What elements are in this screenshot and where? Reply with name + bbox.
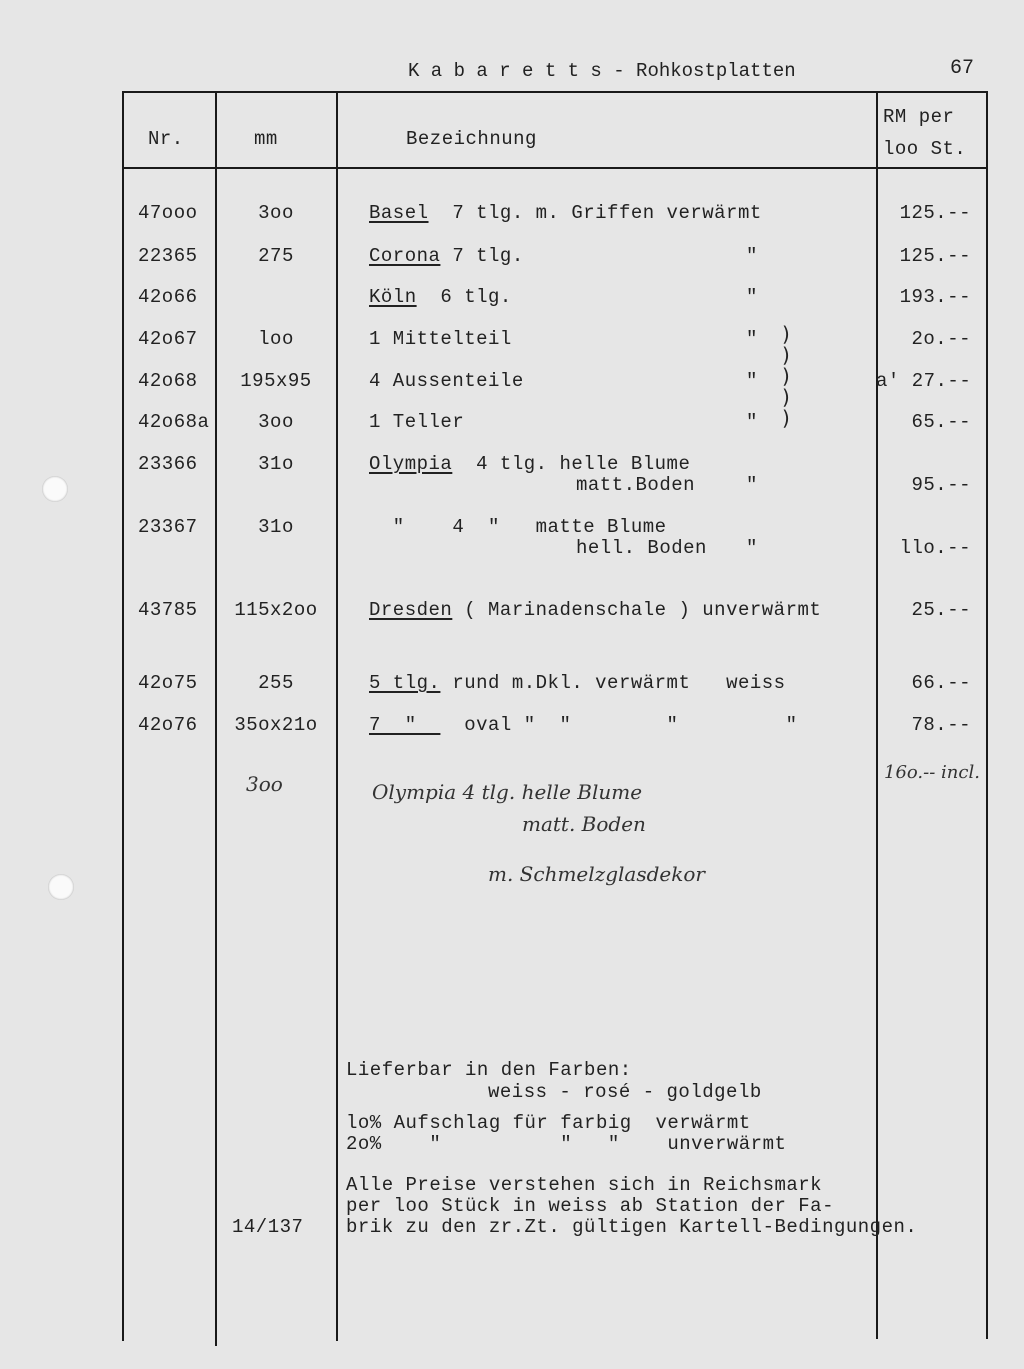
row-nr: 47ooo (138, 202, 198, 224)
handwritten-price: 16o.-- incl. (884, 762, 980, 783)
row-product-name: Köln (369, 286, 417, 308)
row-price: a' 27.-- (876, 370, 971, 392)
header-bottom-border (122, 167, 988, 169)
row-description: Dresden ( Marinadenschale ) unverwärmt (369, 599, 821, 621)
row-price: 65.-- (876, 411, 971, 433)
row-mm: 275 (218, 245, 334, 267)
handwritten-mm: 3oo (246, 772, 283, 796)
row-description: Olympia 4 tlg. helle Blume (369, 453, 690, 475)
row-desc-line2: matt.Boden (576, 474, 695, 496)
row-ditto-mark: " (746, 245, 758, 267)
row-nr: 42o67 (138, 328, 198, 350)
row-ditto-mark: " (746, 411, 758, 433)
row-desc-text: 4 tlg. helle Blume (452, 453, 690, 475)
terms-line2: per loo Stück in weiss ab Station der Fa… (346, 1195, 834, 1217)
row-desc-text: oval " " " " (440, 714, 797, 736)
terms-line1: Alle Preise verstehen sich in Reichsmark (346, 1174, 822, 1196)
row-description: Basel 7 tlg. m. Griffen verwärmt (369, 202, 762, 224)
table-left-border (122, 91, 124, 1341)
row-desc-text: " 4 " matte Blume (369, 516, 667, 538)
colors-label: Lieferbar in den Farben: (346, 1059, 632, 1081)
row-price: 95.-- (876, 474, 971, 496)
table-top-border (122, 91, 988, 93)
row-ditto-mark: " (746, 474, 758, 496)
row-product-name: Dresden (369, 599, 452, 621)
terms-line3: brik zu den zr.Zt. gültigen Kartell-Bedi… (346, 1216, 917, 1238)
row-nr: 23366 (138, 453, 198, 475)
row-nr: 42o76 (138, 714, 198, 736)
table-right-border (986, 91, 988, 1339)
row-desc-text: 7 tlg. m. Griffen verwärmt (429, 202, 762, 224)
row-price: 2o.-- (876, 328, 971, 350)
row-description: 4 Aussenteile (369, 370, 524, 392)
row-description: Corona 7 tlg. (369, 245, 524, 267)
row-product-name: Corona (369, 245, 440, 267)
col-divider-nr (215, 91, 217, 1346)
row-product-name: Basel (369, 202, 429, 224)
row-description: 1 Mittelteil (369, 328, 512, 350)
row-mm: loo (218, 328, 334, 350)
page-number: 67 (950, 57, 974, 80)
row-product-name: Olympia (369, 453, 452, 475)
row-price: llo.-- (876, 537, 971, 559)
handwritten-line1: Olympia 4 tlg. helle Blume (372, 780, 642, 804)
row-nr: 22365 (138, 245, 198, 267)
row-desc-text: 1 Teller (369, 411, 464, 433)
row-desc-text: 7 tlg. (440, 245, 523, 267)
row-description: 5 tlg. rund m.Dkl. verwärmt weiss (369, 672, 786, 694)
col-header-nr: Nr. (148, 128, 184, 150)
row-desc-text: 6 tlg. (417, 286, 512, 308)
row-desc-text: rund m.Dkl. verwärmt weiss (440, 672, 785, 694)
col-header-bezeichnung: Bezeichnung (406, 128, 537, 150)
surcharge-line2: 2o% " " " unverwärmt (346, 1133, 786, 1155)
row-mm: 31o (218, 516, 334, 538)
row-desc-text: 1 Mittelteil (369, 328, 512, 350)
page-title: K a b a r e t t s - Rohkostplatten (408, 60, 796, 82)
handwritten-line3: m. Schmelzglasdekor (488, 862, 705, 886)
row-mm: 255 (218, 672, 334, 694)
col-header-price: RM per (883, 106, 954, 128)
row-description: Köln 6 tlg. (369, 286, 512, 308)
row-mm: 195x95 (218, 370, 334, 392)
row-ditto-mark: " (746, 286, 758, 308)
row-desc-line2: hell. Boden (576, 537, 707, 559)
row-nr: 42o66 (138, 286, 198, 308)
row-nr: 42o75 (138, 672, 198, 694)
punch-hole (48, 874, 74, 900)
row-mm: 31o (218, 453, 334, 475)
row-description: 1 Teller (369, 411, 464, 433)
reference-number: 14/137 (232, 1216, 303, 1238)
row-mm: 3oo (218, 202, 334, 224)
row-nr: 23367 (138, 516, 198, 538)
col-divider-mm (336, 91, 338, 1341)
row-nr: 43785 (138, 599, 198, 621)
row-nr: 42o68 (138, 370, 198, 392)
surcharge-line1: lo% Aufschlag für farbig verwärmt (346, 1112, 751, 1134)
row-mm: 115x2oo (218, 599, 334, 621)
row-price: 78.-- (876, 714, 971, 736)
row-product-name: 7 " (369, 714, 440, 736)
row-nr: 42o68a (138, 411, 209, 433)
row-price: 66.-- (876, 672, 971, 694)
row-price: 125.-- (876, 245, 971, 267)
row-mm: 35ox21o (218, 714, 334, 736)
row-price: 193.-- (876, 286, 971, 308)
row-description: " 4 " matte Blume (369, 516, 667, 538)
row-description: 7 " oval " " " " (369, 714, 797, 736)
colors-list: weiss - rosé - goldgelb (488, 1081, 762, 1103)
row-product-name: 5 tlg. (369, 672, 440, 694)
row-ditto-mark: " (746, 370, 758, 392)
col-header-price-unit: loo St. (883, 138, 966, 160)
handwritten-line2: matt. Boden (522, 812, 646, 836)
row-price: 125.-- (876, 202, 971, 224)
row-price: 25.-- (876, 599, 971, 621)
brace-icon: ) (782, 406, 796, 430)
row-desc-text: 4 Aussenteile (369, 370, 524, 392)
row-ditto-mark: " (746, 537, 758, 559)
row-mm: 3oo (218, 411, 334, 433)
col-header-mm: mm (254, 128, 278, 150)
row-desc-text: ( Marinadenschale ) unverwärmt (452, 599, 821, 621)
row-ditto-mark: " (746, 328, 758, 350)
punch-hole (42, 476, 68, 502)
